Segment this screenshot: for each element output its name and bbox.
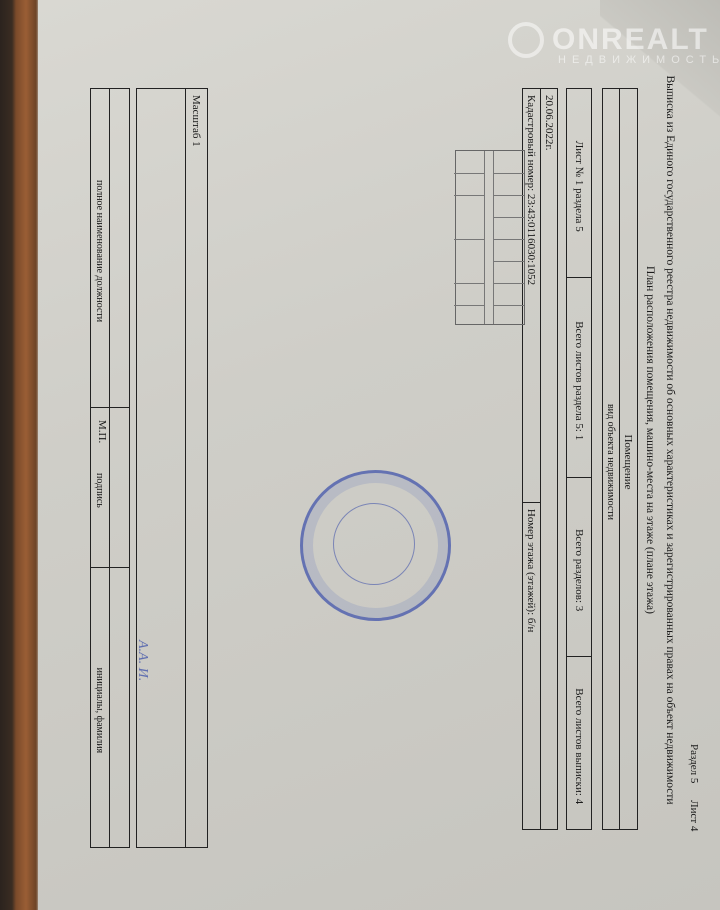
handwritten-initials: А.А. И. xyxy=(134,640,150,681)
total-sheets-section: Всего листов раздела 5: 1 xyxy=(567,278,591,477)
sheet-info-box: Лист № 1 раздела 5 Всего листов раздела … xyxy=(566,88,592,830)
signature-block: полное наименование должности подпись ин… xyxy=(90,88,130,848)
position-label: полное наименование должности xyxy=(91,89,109,408)
sheet-label: Лист 4 xyxy=(688,800,700,831)
cadastral-number: Кадастровый номер: 23:43:0116030:1052 xyxy=(523,89,540,503)
plan-corridor xyxy=(484,151,494,324)
total-sheets-extract: Всего листов выписки: 4 xyxy=(567,657,591,829)
signature-label: подпись xyxy=(95,473,106,508)
floor-number: Номер этажа (этажей): б/н xyxy=(523,503,540,829)
official-seal-stamp xyxy=(300,470,451,621)
wooden-table-edge xyxy=(0,0,40,910)
object-type-label: вид объекта недвижимости xyxy=(603,89,619,829)
sheet-of-section: Лист № 1 раздела 5 xyxy=(567,89,591,278)
object-type-box: Помещение вид объекта недвижимости xyxy=(602,88,638,830)
scale-box: Масштаб 1 xyxy=(136,88,208,848)
document-subtitle: План расположения помещения, машино-мест… xyxy=(644,0,656,880)
total-sections: Всего разделов: 3 xyxy=(567,478,591,658)
document-title: Выписка из Единого государственного реес… xyxy=(664,0,676,880)
name-label: инициалы, фамилия xyxy=(91,568,109,847)
date-cadastral-box: 20.06.2022г. Кадастровый номер: 23:43:01… xyxy=(522,88,558,830)
scale-label: Масштаб 1 xyxy=(186,89,207,847)
extract-date: 20.06.2022г. xyxy=(541,89,557,829)
section-sheet-header: Раздел 5 Лист 4 xyxy=(688,730,700,831)
section-label: Раздел 5 xyxy=(688,744,700,783)
seal-label: М.П. xyxy=(96,420,108,443)
object-type-value: Помещение xyxy=(620,89,637,829)
floor-plan-drawing xyxy=(455,150,525,325)
rotated-document-content: Раздел 5 Лист 4 Выписка из Единого госуд… xyxy=(38,0,720,910)
